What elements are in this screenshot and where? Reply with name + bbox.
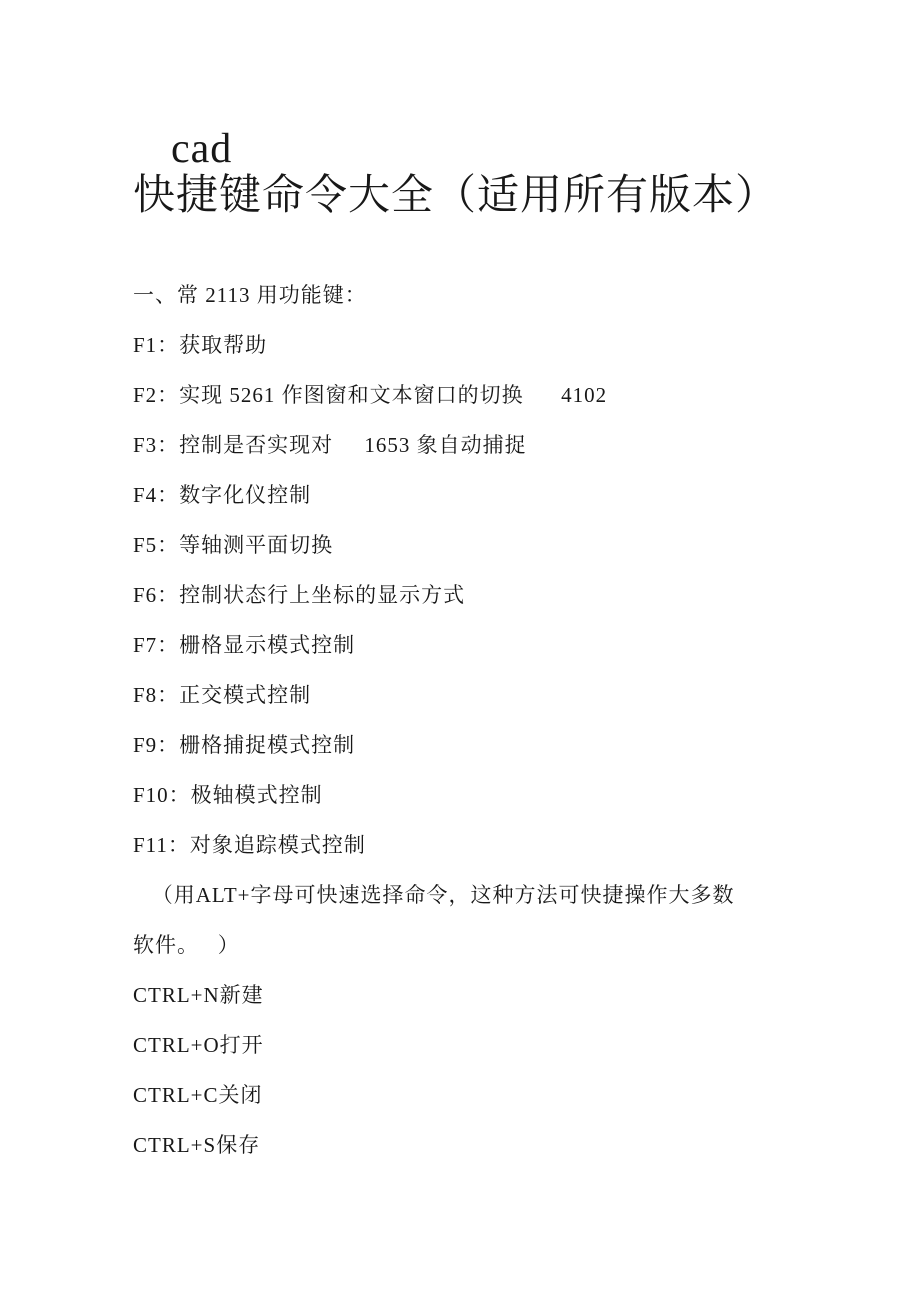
title-prefix: cad: [133, 126, 880, 173]
body-line-f7: F7：栅格显示模式控制: [133, 620, 880, 670]
document-body: 一、常 2113 用功能键： F1：获取帮助 F2：实现 5261 作图窗和文本…: [0, 220, 920, 1170]
page-title: 快捷键命令大全（适用所有版本）: [133, 173, 880, 220]
body-line-ctrl-c: CTRL+C关闭: [133, 1070, 880, 1120]
document-heading: cad 快捷键命令大全（适用所有版本）: [0, 0, 920, 220]
body-line-f5: F5：等轴测平面切换: [133, 520, 880, 570]
body-line-f2: F2：实现 5261 作图窗和文本窗口的切换 4102: [133, 370, 880, 420]
body-line-ctrl-s: CTRL+S保存: [133, 1120, 880, 1170]
body-line-f3: F3：控制是否实现对 1653 象自动捕捉: [133, 420, 880, 470]
body-line-f6: F6：控制状态行上坐标的显示方式: [133, 570, 880, 620]
section-heading-line: 一、常 2113 用功能键：: [133, 270, 880, 320]
document-page: cad 快捷键命令大全（适用所有版本） 一、常 2113 用功能键： F1：获取…: [0, 0, 920, 1303]
body-line-f10: F10：极轴模式控制: [133, 770, 880, 820]
body-line-f11: F11：对象追踪模式控制: [133, 820, 880, 870]
body-line-alt-note: （用ALT+字母可快速选择命令，这种方法可快捷操作大多数: [133, 870, 880, 920]
body-line-f1: F1：获取帮助: [133, 320, 880, 370]
body-line-ctrl-o: CTRL+O打开: [133, 1020, 880, 1070]
body-line-ctrl-n: CTRL+N新建: [133, 970, 880, 1020]
body-line-alt-note-2: 软件。 ）: [133, 920, 880, 970]
body-line-f9: F9：栅格捕捉模式控制: [133, 720, 880, 770]
body-line-f4: F4：数字化仪控制: [133, 470, 880, 520]
body-line-f8: F8：正交模式控制: [133, 670, 880, 720]
